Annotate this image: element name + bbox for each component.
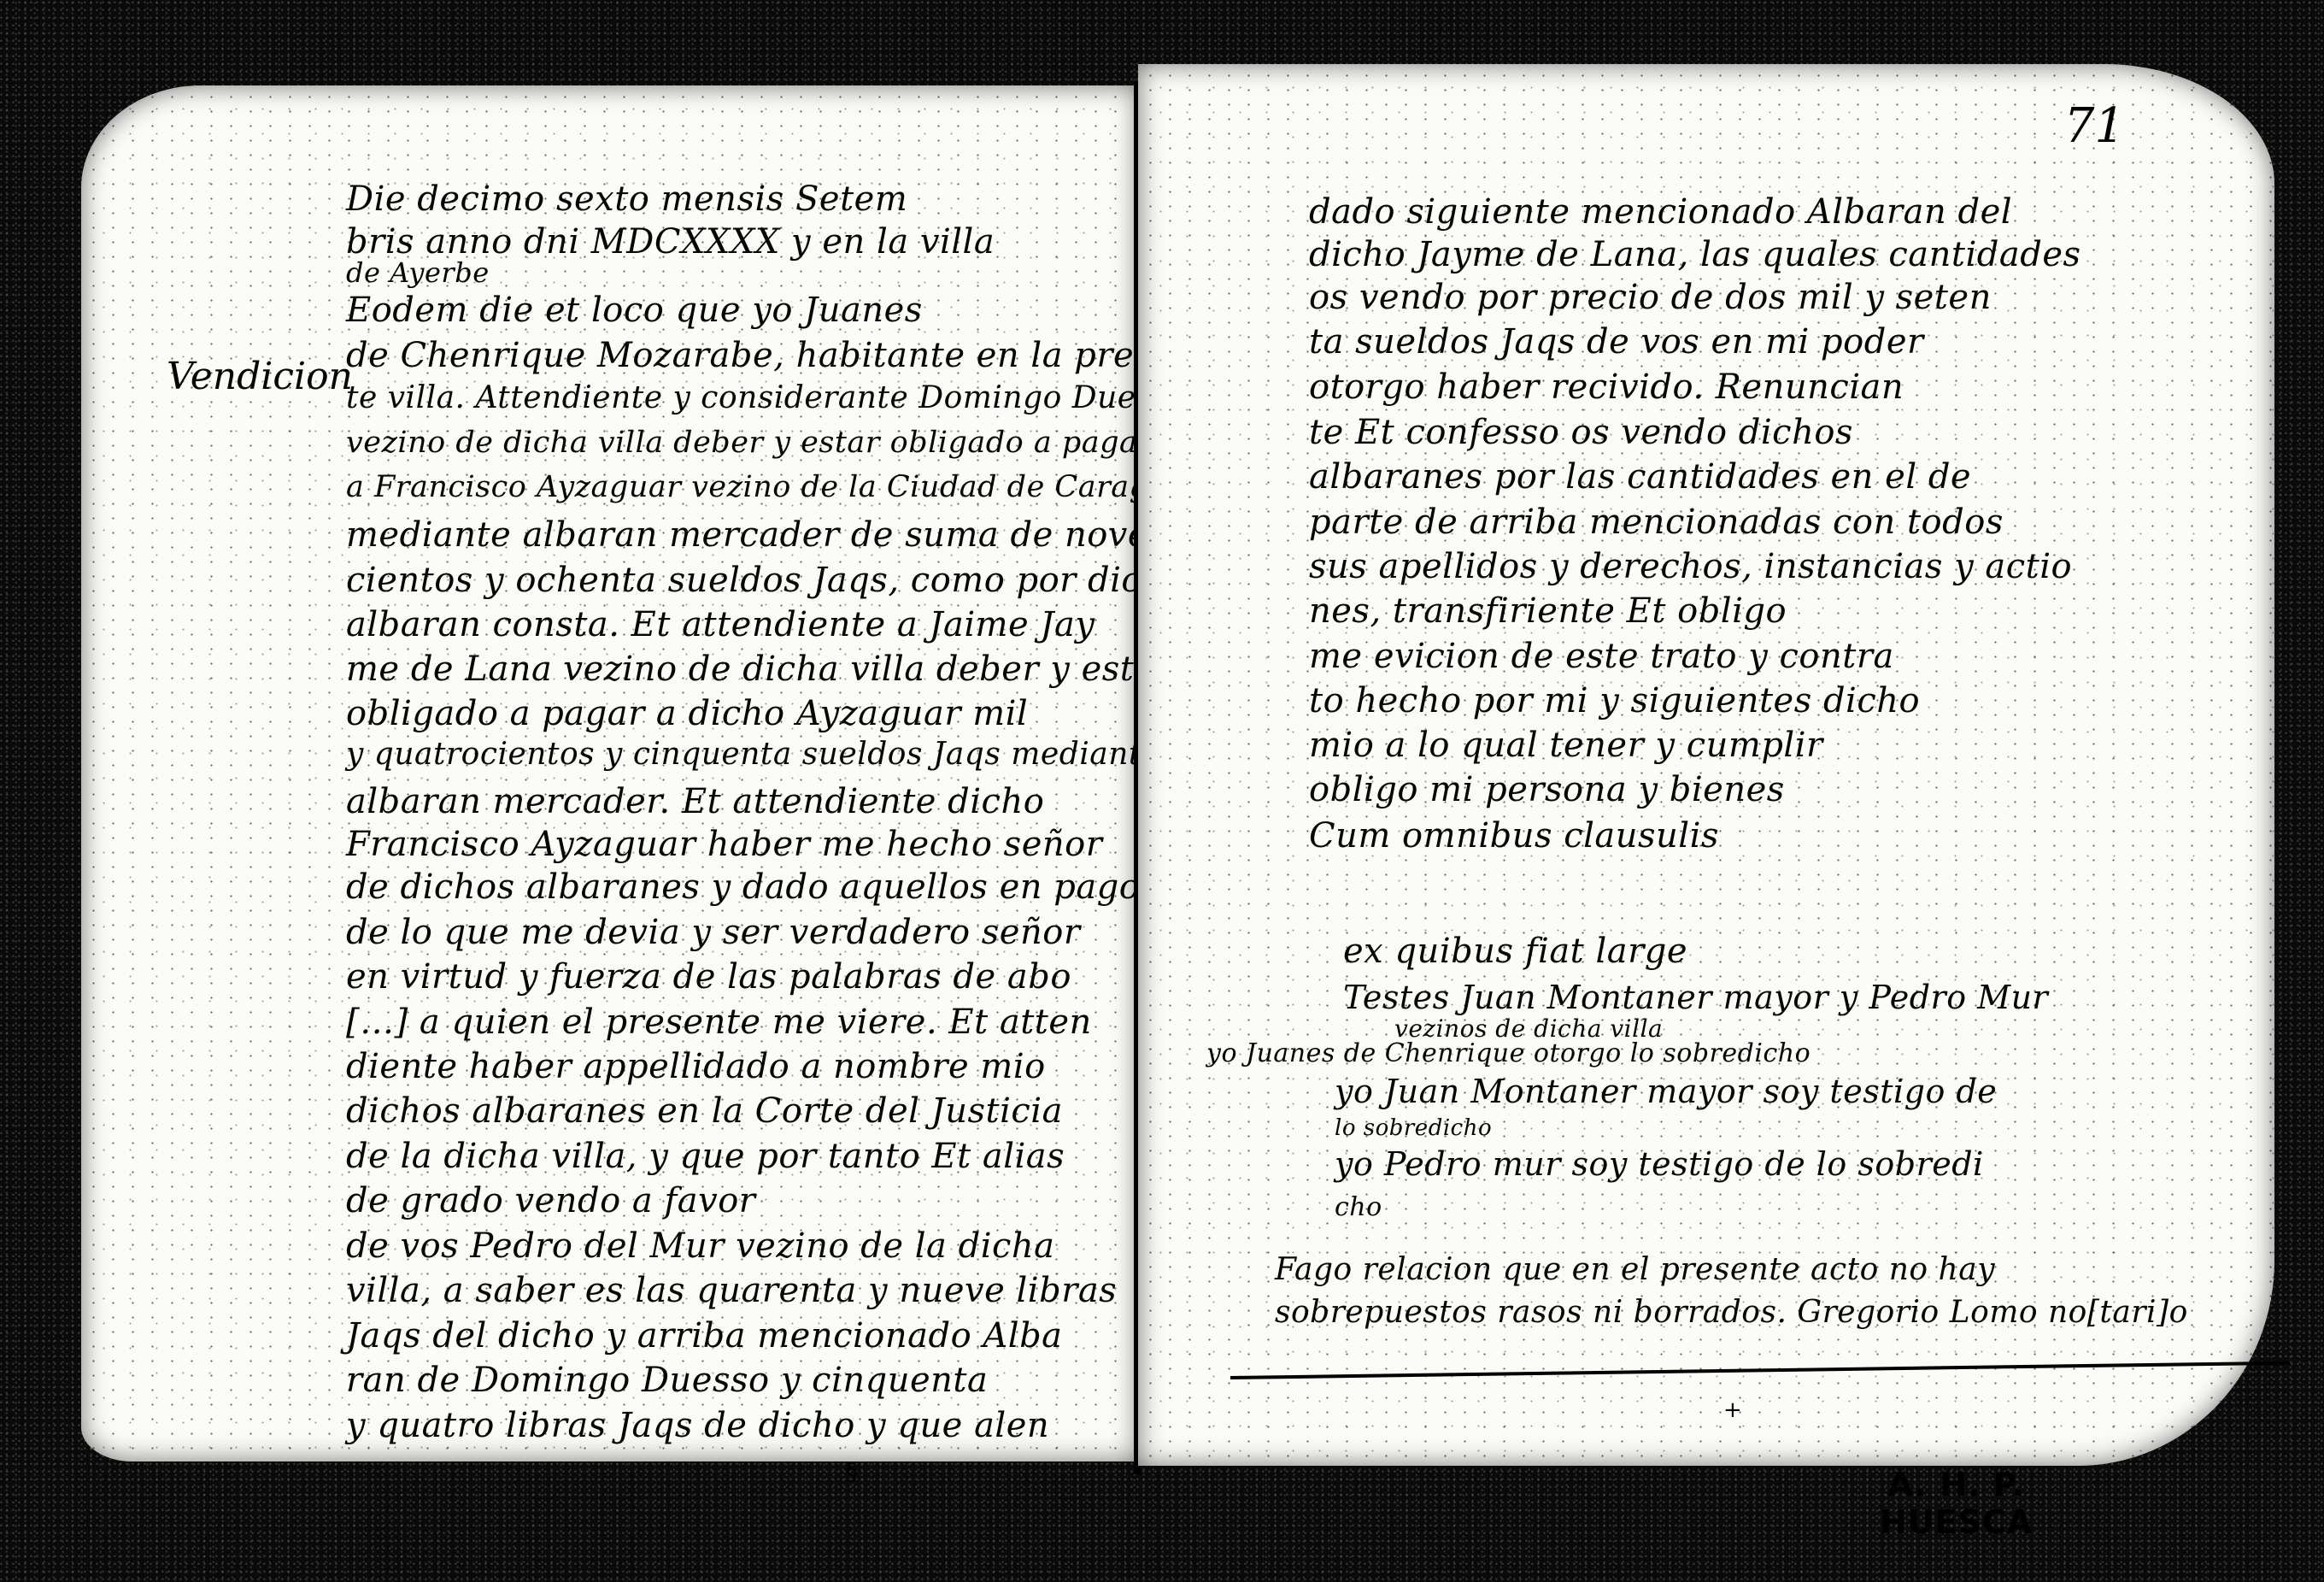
left-line-10: cientos y ochenta sueldos Jaqs, como por… bbox=[346, 561, 1184, 600]
left-line-6: te villa. Attendiente y considerante Dom… bbox=[346, 380, 1136, 415]
left-line-3: de Ayerbe bbox=[346, 256, 490, 289]
right-line-2: dicho Jayme de Lana, las quales cantidad… bbox=[1309, 235, 2081, 274]
right-line-1: dado siguiente mencionado Albaran del bbox=[1309, 192, 2012, 232]
right-line-11: me evicion de este trato y contra bbox=[1309, 637, 1894, 676]
right-line-8: parte de arriba mencionadas con todos bbox=[1309, 503, 2004, 542]
left-line-12: me de Lana vezino de dicha villa deber y… bbox=[346, 650, 1171, 689]
left-line-8: a Francisco Ayzaguar vezino de la Ciudad… bbox=[346, 470, 1201, 504]
left-line-9: mediante albaran mercader de suma de nov… bbox=[346, 515, 1148, 555]
left-folio: Vendicion Die decimo sexto mensis Setem … bbox=[81, 85, 1138, 1461]
left-line-15: albaran mercader. Et attendiente dicho bbox=[346, 782, 1044, 821]
left-line-22: dichos albaranes en la Corte del Justici… bbox=[346, 1091, 1063, 1131]
archive-stamp: A. H. P. HUESCA bbox=[1880, 1466, 2033, 1541]
right-line-12: to hecho por mi y siguientes dicho bbox=[1309, 681, 1920, 720]
left-line-24: de grado vendo a favor bbox=[346, 1181, 755, 1220]
left-line-28: ran de Domingo Duesso y cinquenta bbox=[346, 1361, 988, 1400]
right-line-15: Cum omnibus clausulis bbox=[1309, 816, 1719, 856]
cross-mark: + bbox=[1723, 1397, 1742, 1423]
right-line-4: ta sueldos Jaqs de vos en mi poder bbox=[1309, 322, 1924, 362]
left-line-29: y quatro libras Jaqs de dicho y que alen bbox=[346, 1406, 1049, 1445]
signature-montaner-cont: lo sobredicho bbox=[1335, 1115, 1492, 1141]
left-line-21: diente haber appellidado a nombre mio bbox=[346, 1047, 1046, 1086]
left-line-14: y quatrocientos y cinquenta sueldos Jaqs… bbox=[346, 737, 1160, 772]
left-line-26: villa, a saber es las quarenta y nueve l… bbox=[346, 1271, 1117, 1310]
notary-note: yo Juanes de Chenrique otorgo lo sobredi… bbox=[1206, 1038, 1810, 1068]
left-line-19: en virtud y fuerza de las palabras de ab… bbox=[346, 957, 1071, 997]
folio-number: 71 bbox=[2064, 98, 2125, 154]
right-line-3: os vendo por precio de dos mil y seten bbox=[1309, 278, 1992, 317]
margin-note-vendicion: Vendicion bbox=[167, 355, 353, 398]
left-line-7: vezino de dicha villa deber y estar obli… bbox=[346, 426, 1153, 460]
left-line-11: albaran consta. Et attendiente a Jaime J… bbox=[346, 605, 1095, 644]
signature-montaner: yo Juan Montaner mayor soy testigo de bbox=[1335, 1073, 1997, 1110]
right-line-14: obligo mi persona y bienes bbox=[1309, 770, 1785, 809]
stamp-line-2: HUESCA bbox=[1880, 1503, 2033, 1541]
left-line-5: de Chenrique Mozarabe, habitante en la p… bbox=[346, 336, 1134, 375]
right-line-7: albaranes por las cantidades en el de bbox=[1309, 457, 1971, 497]
left-line-20: […] a quien el presente me viere. Et att… bbox=[346, 1003, 1092, 1042]
closing-formula: ex quibus fiat large bbox=[1343, 932, 1687, 971]
ink-blot-mark: § bbox=[846, 1457, 858, 1485]
left-line-4: Eodem die et loco que yo Juanes bbox=[346, 291, 923, 330]
witnesses-line: Testes Juan Montaner mayor y Pedro Mur bbox=[1343, 979, 2048, 1016]
left-line-25: de vos Pedro del Mur vezino de la dicha bbox=[346, 1226, 1055, 1266]
left-line-18: de lo que me devia y ser verdadero señor bbox=[346, 913, 1080, 952]
signature-mur: yo Pedro mur soy testigo de lo sobredi bbox=[1335, 1145, 1984, 1183]
left-line-17: de dichos albaranes y dado aquellos en p… bbox=[346, 867, 1140, 907]
footer-note-line-2: sobrepuestos rasos ni borrados. Gregorio… bbox=[1275, 1295, 2188, 1330]
left-line-23: de la dicha villa, y que por tanto Et al… bbox=[346, 1137, 1065, 1176]
right-folio: 71 dado siguiente mencionado Albaran del… bbox=[1138, 64, 2274, 1466]
right-line-10: nes, transfiriente Et obligo bbox=[1309, 591, 1787, 631]
left-line-16: Francisco Ayzaguar haber me hecho señor bbox=[346, 825, 1102, 864]
left-line-27: Jaqs del dicho y arriba mencionado Alba bbox=[346, 1316, 1063, 1356]
footer-note-line-1: Fago relacion que en el presente acto no… bbox=[1275, 1252, 1995, 1287]
left-line-1: Die decimo sexto mensis Setem bbox=[346, 179, 907, 219]
right-line-5: otorgo haber recivido. Renuncian bbox=[1309, 368, 1904, 407]
stamp-line-1: A. H. P. bbox=[1880, 1466, 2033, 1503]
right-line-9: sus apellidos y derechos, instancias y a… bbox=[1309, 547, 2072, 586]
right-line-13: mio a lo qual tener y cumplir bbox=[1309, 726, 1823, 765]
left-line-13: obligado a pagar a dicho Ayzaguar mil bbox=[346, 694, 1028, 733]
right-line-6: te Et confesso os vendo dichos bbox=[1309, 413, 1853, 452]
signature-mur-cont: cho bbox=[1335, 1192, 1382, 1222]
open-manuscript-book: Vendicion Die decimo sexto mensis Setem … bbox=[81, 64, 2268, 1517]
